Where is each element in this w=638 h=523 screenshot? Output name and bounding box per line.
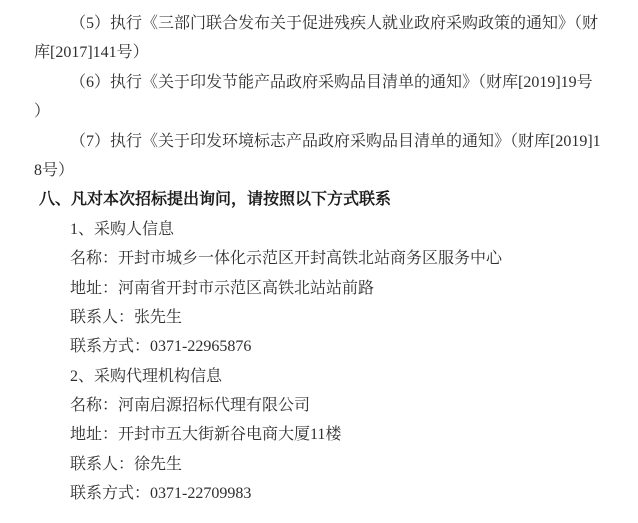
policy-item-7-line-2: 8号） <box>0 156 638 185</box>
section-8-heading: 八、凡对本次招标提出询问，请按照以下方式联系 <box>0 185 638 214</box>
purchaser-name: 名称：开封市城乡一体化示范区开封高铁北站商务区服务中心 <box>0 244 638 273</box>
policy-item-7-line-1: （7）执行《关于印发环境标志产品政府采购品目清单的通知》（财库[2019]1 <box>0 127 638 156</box>
purchaser-contact-person: 联系人：张先生 <box>0 303 638 332</box>
purchaser-address: 地址：河南省开封市示范区高铁北站站前路 <box>0 274 638 303</box>
purchaser-info-heading: 1、采购人信息 <box>0 215 638 244</box>
purchaser-contact-number: 联系方式：0371-22965876 <box>0 332 638 361</box>
policy-item-6-line-1: （6）执行《关于印发节能产品政府采购品目清单的通知》（财库[2019]19号 <box>0 68 638 97</box>
policy-item-5-line-1: （5）执行《三部门联合发布关于促进残疾人就业政府采购政策的通知》（财 <box>0 9 638 38</box>
policy-item-6-line-2: ） <box>0 97 638 126</box>
procurement-notice-document: （5）执行《三部门联合发布关于促进残疾人就业政府采购政策的通知》（财 库[201… <box>0 0 638 523</box>
agency-address: 地址：开封市五大街新谷电商大厦11楼 <box>0 420 638 449</box>
agency-info-heading: 2、采购代理机构信息 <box>0 362 638 391</box>
policy-item-5-line-2: 库[2017]141号） <box>0 38 638 67</box>
agency-name: 名称：河南启源招标代理有限公司 <box>0 391 638 420</box>
agency-contact-person: 联系人：徐先生 <box>0 450 638 479</box>
agency-contact-number: 联系方式：0371-22709983 <box>0 479 638 508</box>
